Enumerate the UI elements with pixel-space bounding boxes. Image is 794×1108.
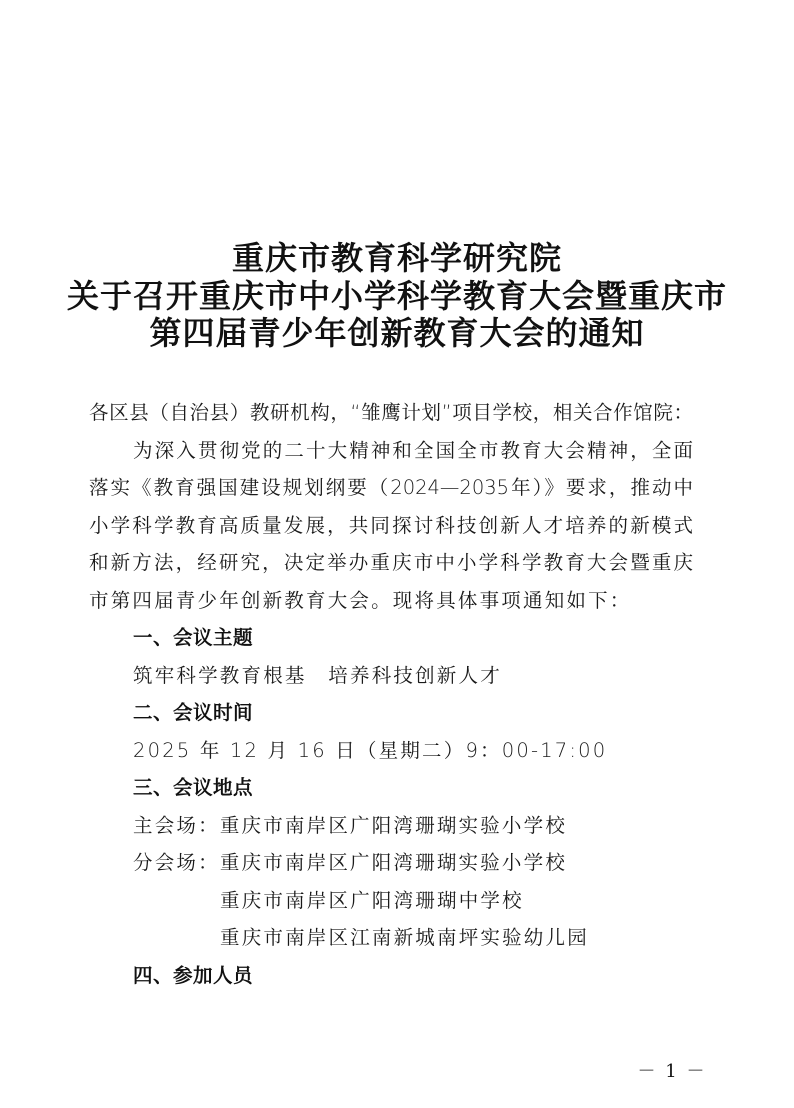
intro-paragraph: 为深入贯彻党的二十大精神和全国全市教育大会精神，全面 落实《教育强国建设规划纲要… bbox=[89, 432, 693, 620]
page-number: － 1 － bbox=[632, 1057, 712, 1083]
salutation: 各区县（自治县）教研机构，“雏鹰计划”项目学校，相关合作馆院： bbox=[89, 394, 693, 432]
section-participants: 四、参加人员 bbox=[89, 957, 693, 995]
title-line-subject-cont: 第四届青少年创新教育大会的通知 bbox=[60, 315, 734, 353]
branch-venue-row: 分会场：重庆市南岸区广阳湾珊瑚实验小学校 bbox=[89, 844, 693, 882]
section-time: 二、会议时间 2025 年 12 月 16 日（星期二）9：00-17:00 bbox=[89, 694, 693, 769]
section-heading: 三、会议地点 bbox=[89, 769, 693, 807]
document-body: 各区县（自治县）教研机构，“雏鹰计划”项目学校，相关合作馆院： 为深入贯彻党的二… bbox=[89, 394, 693, 994]
intro-line: 落实《教育强国建设规划纲要（2024—2035年）》要求，推动中 bbox=[89, 469, 693, 507]
main-venue: 重庆市南岸区广阳湾珊瑚实验小学校 bbox=[220, 814, 567, 837]
theme-text: 筑牢科学教育根基 培养科技创新人才 bbox=[89, 657, 693, 695]
section-theme: 一、会议主题 筑牢科学教育根基 培养科技创新人才 bbox=[89, 619, 693, 694]
document-page: 重庆市教育科学研究院 关于召开重庆市中小学科学教育大会暨重庆市 第四届青少年创新… bbox=[0, 0, 794, 1108]
section-heading: 一、会议主题 bbox=[89, 619, 693, 657]
document-title: 重庆市教育科学研究院 关于召开重庆市中小学科学教育大会暨重庆市 第四届青少年创新… bbox=[60, 240, 734, 353]
section-venue: 三、会议地点 主会场：重庆市南岸区广阳湾珊瑚实验小学校 分会场：重庆市南岸区广阳… bbox=[89, 769, 693, 957]
title-line-issuer: 重庆市教育科学研究院 bbox=[60, 240, 734, 278]
intro-line: 小学科学教育高质量发展，共同探讨科技创新人才培养的新模式 bbox=[89, 507, 693, 545]
branch-venue: 重庆市南岸区广阳湾珊瑚中学校 bbox=[89, 882, 693, 920]
branch-venue-label: 分会场： bbox=[133, 851, 220, 874]
intro-line: 和新方法，经研究，决定举办重庆市中小学科学教育大会暨重庆 bbox=[89, 544, 693, 582]
section-heading: 四、参加人员 bbox=[89, 957, 693, 995]
title-line-subject: 关于召开重庆市中小学科学教育大会暨重庆市 bbox=[60, 278, 734, 316]
branch-venue: 重庆市南岸区江南新城南坪实验幼儿园 bbox=[89, 919, 693, 957]
main-venue-row: 主会场：重庆市南岸区广阳湾珊瑚实验小学校 bbox=[89, 807, 693, 845]
main-venue-label: 主会场： bbox=[133, 814, 220, 837]
intro-line: 为深入贯彻党的二十大精神和全国全市教育大会精神，全面 bbox=[89, 432, 693, 470]
branch-venue: 重庆市南岸区广阳湾珊瑚实验小学校 bbox=[220, 851, 567, 874]
section-heading: 二、会议时间 bbox=[89, 694, 693, 732]
intro-line: 市第四届青少年创新教育大会。现将具体事项通知如下： bbox=[89, 582, 693, 620]
meeting-time: 2025 年 12 月 16 日（星期二）9：00-17:00 bbox=[89, 732, 693, 770]
